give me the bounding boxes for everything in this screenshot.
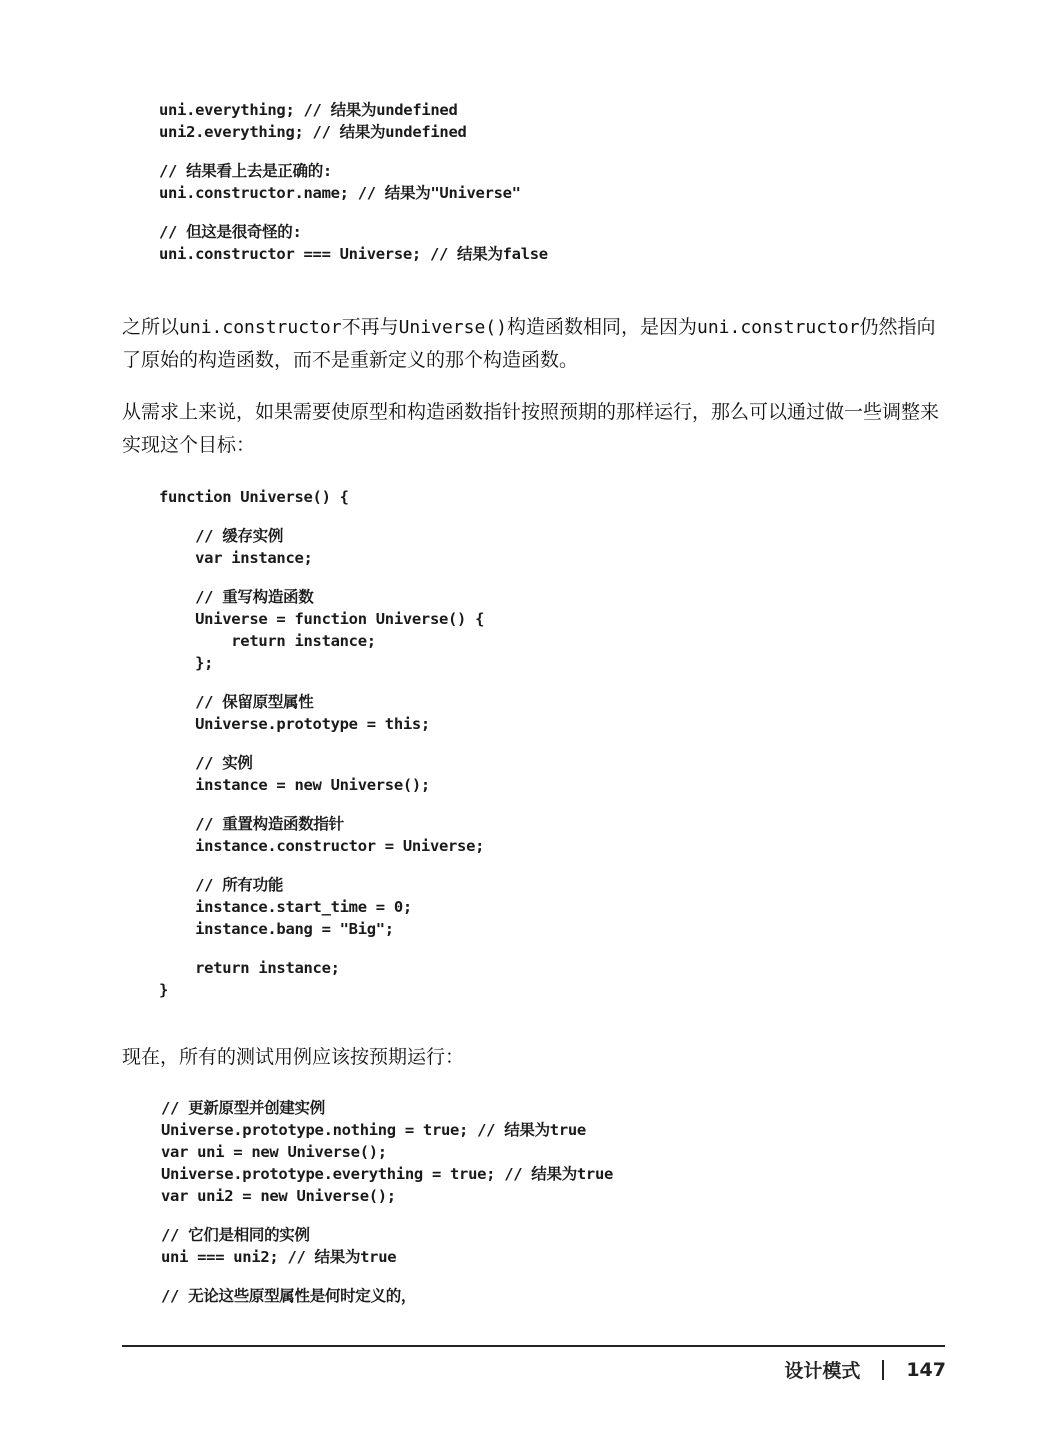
- paragraph-constructor-explanation: 之所以uni.constructor不再与Universe()构造函数相同，是因…: [122, 311, 947, 377]
- code-line: instance.start_time = 0;: [159, 896, 484, 918]
- code-gap: [159, 857, 484, 874]
- code-line: function Universe() {: [159, 486, 484, 508]
- code-gap: [159, 204, 548, 221]
- code-gap: [159, 143, 548, 160]
- code-gap: [159, 674, 484, 691]
- inline-code: uni.constructor: [179, 317, 342, 338]
- code-line: Universe.prototype.nothing = true; // 结果…: [161, 1119, 613, 1141]
- code-comment: // 缓存实例: [159, 525, 484, 547]
- code-line: return instance;: [159, 957, 484, 979]
- code-line: instance.bang = "Big";: [159, 918, 484, 940]
- code-line: var uni = new Universe();: [161, 1141, 613, 1163]
- code-comment: // 结果看上去是正确的:: [159, 160, 548, 182]
- text-segment: 构造函数相同，是因为: [507, 316, 697, 338]
- code-comment: // 重写构造函数: [159, 586, 484, 608]
- code-gap: [161, 1207, 613, 1224]
- code-line: var uni2 = new Universe();: [161, 1185, 613, 1207]
- code-line: instance.constructor = Universe;: [159, 835, 484, 857]
- footer-section-title: 设计模式: [784, 1356, 860, 1383]
- code-line: uni === uni2; // 结果为true: [161, 1246, 613, 1268]
- page-number: 147: [906, 1359, 946, 1381]
- code-comment: // 但这是很奇怪的:: [159, 221, 548, 243]
- code-comment: // 重置构造函数指针: [159, 813, 484, 835]
- code-comment: // 它们是相同的实例: [161, 1224, 613, 1246]
- code-block-3: // 更新原型并创建实例 Universe.prototype.nothing …: [161, 1097, 613, 1307]
- code-line: uni.constructor.name; // 结果为"Universe": [159, 182, 548, 204]
- code-line: uni.everything; // 结果为undefined: [159, 99, 548, 121]
- footer-separator: [882, 1360, 884, 1380]
- code-line: Universe.prototype = this;: [159, 713, 484, 735]
- footer-divider: [122, 1345, 945, 1347]
- paragraph-tests-now-pass: 现在，所有的测试用例应该按预期运行：: [122, 1041, 947, 1074]
- code-line: Universe = function Universe() {: [159, 608, 484, 630]
- code-gap: [159, 569, 484, 586]
- code-line: var instance;: [159, 547, 484, 569]
- code-gap: [159, 735, 484, 752]
- code-gap: [161, 1268, 613, 1285]
- code-comment: // 无论这些原型属性是何时定义的，: [161, 1285, 613, 1307]
- page-footer: 设计模式 147: [784, 1356, 946, 1383]
- code-comment: // 保留原型属性: [159, 691, 484, 713]
- code-line: uni.constructor === Universe; // 结果为fals…: [159, 243, 548, 265]
- code-line: uni2.everything; // 结果为undefined: [159, 121, 548, 143]
- text-segment: 不再与: [342, 316, 399, 338]
- inline-code: Universe(): [399, 317, 507, 338]
- code-gap: [159, 508, 484, 525]
- paragraph-adjustment-intro: 从需求上来说，如果需要使原型和构造函数指针按照预期的那样运行，那么可以通过做一些…: [122, 396, 947, 462]
- code-block-2: function Universe() { // 缓存实例 var instan…: [159, 486, 484, 1001]
- code-line: Universe.prototype.everything = true; //…: [161, 1163, 613, 1185]
- code-comment: // 所有功能: [159, 874, 484, 896]
- code-line: instance = new Universe();: [159, 774, 484, 796]
- code-comment: // 实例: [159, 752, 484, 774]
- code-comment: // 更新原型并创建实例: [161, 1097, 613, 1119]
- code-block-1: uni.everything; // 结果为undefined uni2.eve…: [159, 99, 548, 265]
- inline-code: uni.constructor: [697, 317, 860, 338]
- code-gap: [159, 796, 484, 813]
- code-line: return instance;: [159, 630, 484, 652]
- code-line: }: [159, 979, 484, 1001]
- code-gap: [159, 940, 484, 957]
- text-segment: 之所以: [122, 316, 179, 338]
- code-line: };: [159, 652, 484, 674]
